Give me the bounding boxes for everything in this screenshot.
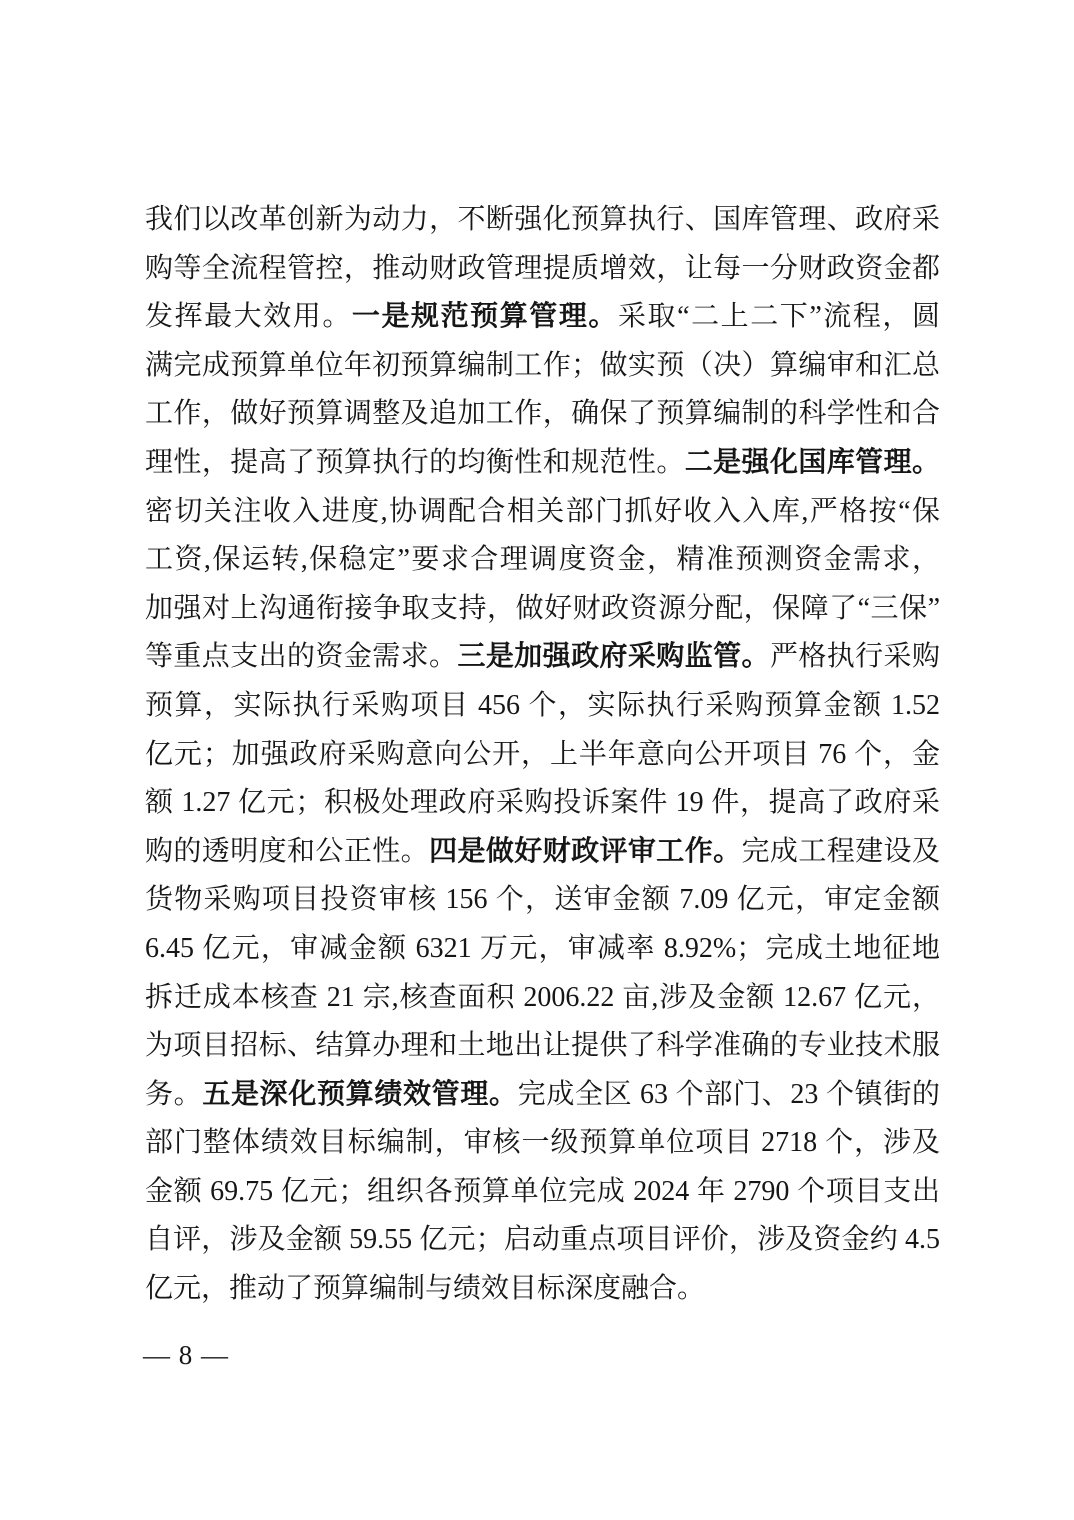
body-text-segment: 完成工程建设及: [742, 836, 940, 867]
text-line-4: 满完成预算单位年初预算编制工作；做实预（决）算编审和汇总: [145, 342, 940, 391]
body-text-segment: 货物采购项目投资审核 156 个，送审金额 7.09 亿元，审定金额: [145, 884, 940, 915]
text-line-7: 密切关注收入进度,协调配合相关部门抓好收入入库,严格按“保: [145, 488, 940, 537]
body-text-segment: 6.45 亿元，审减金额 6321 万元，审减率 8.92%；完成土地征地: [145, 933, 940, 964]
body-text-segment: 为项目招标、结算办理和土地出让提供了科学准确的专业技术服: [145, 1030, 940, 1061]
body-text-segment: 等重点支出的资金需求。: [145, 641, 457, 672]
text-line-1: 我们以改革创新为动力，不断强化预算执行、国库管理、政府采: [145, 196, 940, 245]
body-text-segment: 务。: [145, 1079, 202, 1110]
body-text-segment: 发挥最大效用。: [145, 301, 352, 332]
body-text-segment: 工作，做好预算调整及追加工作，确保了预算编制的科学性和合: [145, 398, 940, 429]
text-line-19: 务。五是深化预算绩效管理。完成全区 63 个部门、23 个镇街的: [145, 1071, 940, 1120]
text-line-15: 货物采购项目投资审核 156 个，送审金额 7.09 亿元，审定金额: [145, 876, 940, 925]
text-line-13: 额 1.27 亿元；积极处理政府采购投诉案件 19 件，提高了政府采: [145, 779, 940, 828]
text-line-2: 购等全流程管控，推动财政管理提质增效，让每一分财政资金都: [145, 245, 940, 294]
body-text-segment: 自评，涉及金额 59.55 亿元；启动重点项目评价，涉及资金约 4.5: [145, 1224, 940, 1255]
body-text-segment: 亿元；加强政府采购意向公开，上半年意向公开项目 76 个，金: [145, 739, 940, 770]
text-line-9: 加强对上沟通衔接争取支持，做好财政资源分配，保障了“三保”: [145, 585, 940, 634]
text-line-20: 部门整体绩效目标编制，审核一级预算单位项目 2718 个，涉及: [145, 1119, 940, 1168]
section-heading: 一是规范预算管理。: [352, 301, 618, 332]
section-heading: 五是深化预算绩效管理。: [202, 1079, 517, 1110]
page-number: — 8 —: [143, 1338, 229, 1372]
body-text-segment: 部门整体绩效目标编制，审核一级预算单位项目 2718 个，涉及: [145, 1127, 940, 1158]
text-line-3: 发挥最大效用。一是规范预算管理。采取“二上二下”流程，圆: [145, 293, 940, 342]
text-line-6: 理性，提高了预算执行的均衡性和规范性。二是强化国库管理。: [145, 439, 940, 488]
body-text-segment: 加强对上沟通衔接争取支持，做好财政资源分配，保障了“三保”: [145, 593, 940, 624]
body-text-segment: 满完成预算单位年初预算编制工作；做实预（决）算编审和汇总: [145, 350, 940, 381]
body-text-segment: 严格执行采购: [770, 641, 940, 672]
body-text-segment: 理性，提高了预算执行的均衡性和规范性。: [145, 447, 685, 478]
body-text-segment: 我们以改革创新为动力，不断强化预算执行、国库管理、政府采: [145, 204, 940, 235]
text-line-11: 预算，实际执行采购项目 456 个，实际执行采购预算金额 1.52: [145, 682, 940, 731]
section-heading: 四是做好财政评审工作。: [429, 836, 741, 867]
text-line-16: 6.45 亿元，审减金额 6321 万元，审减率 8.92%；完成土地征地: [145, 925, 940, 974]
body-text-segment: 亿元，推动了预算编制与绩效目标深度融合。: [145, 1273, 705, 1304]
text-line-14: 购的透明度和公正性。四是做好财政评审工作。完成工程建设及: [145, 828, 940, 877]
body-text-block: 我们以改革创新为动力，不断强化预算执行、国库管理、政府采购等全流程管控，推动财政…: [145, 196, 940, 1314]
body-text-segment: 预算，实际执行采购项目 456 个，实际执行采购预算金额 1.52: [145, 690, 940, 721]
body-text-segment: 工资,保运转,保稳定”要求合理调度资金，精准预测资金需求，: [145, 544, 940, 575]
document-page: 我们以改革创新为动力，不断强化预算执行、国库管理、政府采购等全流程管控，推动财政…: [0, 0, 1074, 1520]
body-text-segment: 采取“二上二下”流程，圆: [618, 301, 940, 332]
text-line-12: 亿元；加强政府采购意向公开，上半年意向公开项目 76 个，金: [145, 731, 940, 780]
text-line-23: 亿元，推动了预算编制与绩效目标深度融合。: [145, 1265, 940, 1314]
body-text-segment: 购等全流程管控，推动财政管理提质增效，让每一分财政资金都: [145, 253, 940, 284]
text-line-5: 工作，做好预算调整及追加工作，确保了预算编制的科学性和合: [145, 390, 940, 439]
text-line-17: 拆迁成本核查 21 宗,核查面积 2006.22 亩,涉及金额 12.67 亿元…: [145, 974, 940, 1023]
body-text-segment: 金额 69.75 亿元；组织各预算单位完成 2024 年 2790 个项目支出: [145, 1176, 940, 1207]
section-heading: 二是强化国库管理。: [685, 447, 940, 478]
text-line-21: 金额 69.75 亿元；组织各预算单位完成 2024 年 2790 个项目支出: [145, 1168, 940, 1217]
body-text-segment: 购的透明度和公正性。: [145, 836, 429, 867]
section-heading: 三是加强政府采购监管。: [457, 641, 769, 672]
body-text-segment: 拆迁成本核查 21 宗,核查面积 2006.22 亩,涉及金额 12.67 亿元…: [145, 982, 940, 1013]
text-line-22: 自评，涉及金额 59.55 亿元；启动重点项目评价，涉及资金约 4.5: [145, 1216, 940, 1265]
body-text-segment: 额 1.27 亿元；积极处理政府采购投诉案件 19 件，提高了政府采: [145, 787, 940, 818]
body-text-segment: 完成全区 63 个部门、23 个镇街的: [518, 1079, 940, 1110]
text-line-8: 工资,保运转,保稳定”要求合理调度资金，精准预测资金需求，: [145, 536, 940, 585]
text-line-18: 为项目招标、结算办理和土地出让提供了科学准确的专业技术服: [145, 1022, 940, 1071]
body-text-segment: 密切关注收入进度,协调配合相关部门抓好收入入库,严格按“保: [145, 496, 940, 527]
text-line-10: 等重点支出的资金需求。三是加强政府采购监管。严格执行采购: [145, 633, 940, 682]
